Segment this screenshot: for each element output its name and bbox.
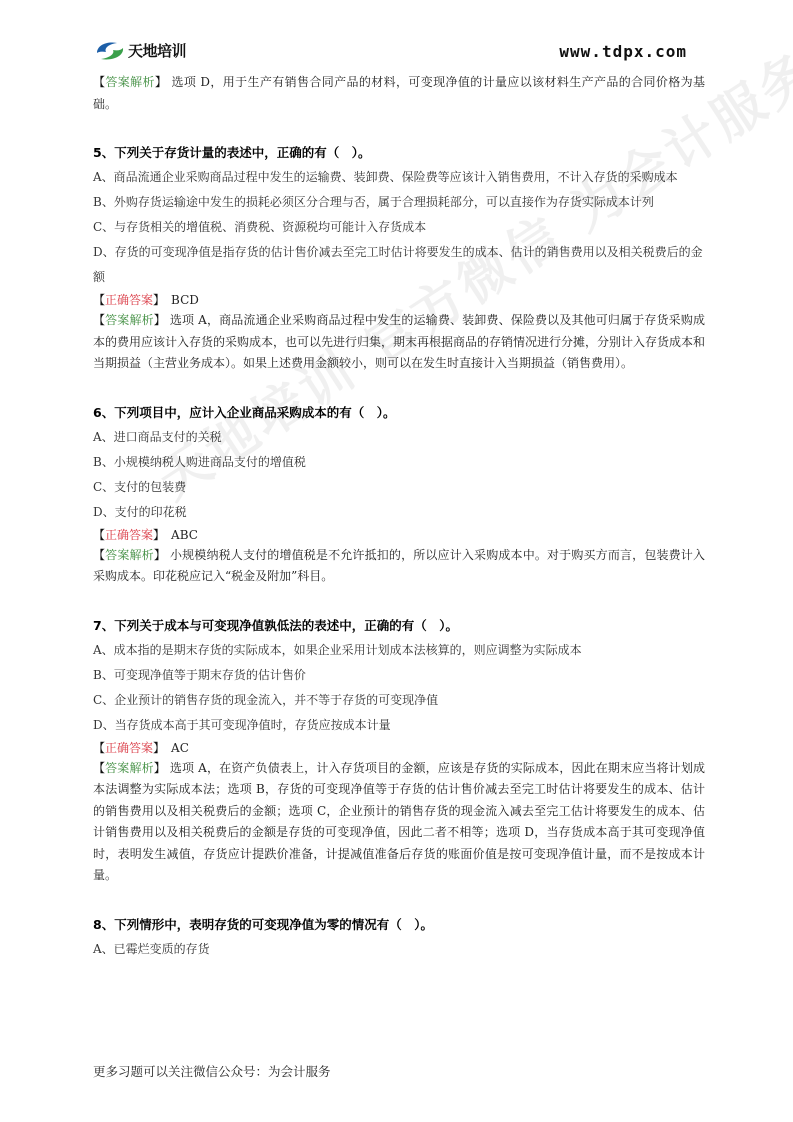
answer-value: AC: [171, 741, 189, 755]
option-d: D、存货的可变现净值是指存货的估计售价减去至完工时估计将要发生的成本、估计的销售…: [93, 240, 705, 290]
correct-answer: 【正确答案】AC: [93, 738, 705, 758]
document-page: 天地培训 官方微信 为会计服务 天地培训 www.tdpx.com 【答案解析】…: [0, 0, 793, 1122]
analysis-text: 小规模纳税人支付的增值税是不允许抵扣的，所以应计入采购成本中。对于购买方而言，包…: [93, 548, 705, 584]
answer-analysis: 【答案解析】 选项 A，在资产负债表上，计入存货项目的金额，应该是存货的实际成本…: [93, 758, 705, 887]
correct-answer: 【正确答案】BCD: [93, 290, 705, 310]
logo-swoosh-icon: [95, 41, 125, 61]
question-title: 8、下列情形中，表明存货的可变现净值为零的情况有（ ）。: [93, 913, 705, 937]
answer-analysis: 【答案解析】 小规模纳税人支付的增值税是不允许抵扣的，所以应计入采购成本中。对于…: [93, 545, 705, 588]
logo-text: 天地培训: [128, 40, 186, 61]
question-6: 6、下列项目中，应计入企业商品采购成本的有（ ）。 A、进口商品支付的关税 B、…: [93, 401, 705, 588]
option-c: C、与存货相关的增值税、消费税、资源税均可能计入存货成本: [93, 215, 705, 240]
analysis-text: 选项 A，商品流通企业采购商品过程中发生的运输费、装卸费、保险费以及其他可归属于…: [93, 313, 705, 370]
option-c: C、支付的包装费: [93, 475, 705, 500]
document-content: 【答案解析】 选项 D，用于生产有销售合同产品的材料，可变现净值的计量应以该材料…: [93, 72, 705, 962]
option-d: D、支付的印花税: [93, 500, 705, 525]
correct-answer-label: 正确答案: [105, 741, 153, 755]
option-d: D、当存货成本高于其可变现净值时，存货应按成本计量: [93, 713, 705, 738]
logo: 天地培训: [95, 40, 186, 61]
option-b: B、可变现净值等于期末存货的估计售价: [93, 663, 705, 688]
question-8: 8、下列情形中，表明存货的可变现净值为零的情况有（ ）。 A、已霉烂变质的存货: [93, 913, 705, 962]
analysis-label: 答案解析: [105, 313, 154, 327]
question-title: 7、下列关于成本与可变现净值孰低法的表述中，正确的有（ ）。: [93, 614, 705, 638]
option-c: C、企业预计的销售存货的现金流入，并不等于存货的可变现净值: [93, 688, 705, 713]
carryover-analysis: 【答案解析】 选项 D，用于生产有销售合同产品的材料，可变现净值的计量应以该材料…: [93, 72, 705, 115]
option-a: A、成本指的是期末存货的实际成本，如果企业采用计划成本法核算的，则应调整为实际成…: [93, 638, 705, 663]
option-a: A、已霉烂变质的存货: [93, 937, 705, 962]
option-a: A、商品流通企业采购商品过程中发生的运输费、装卸费、保险费等应该计入销售费用，不…: [93, 165, 705, 190]
correct-answer-label: 正确答案: [105, 293, 153, 307]
analysis-text: 选项 D，用于生产有销售合同产品的材料，可变现净值的计量应以该材料生产产品的合同…: [93, 75, 705, 111]
question-5: 5、下列关于存货计量的表述中，正确的有（ ）。 A、商品流通企业采购商品过程中发…: [93, 141, 705, 375]
analysis-label: 答案解析: [105, 548, 154, 562]
site-url: www.tdpx.com: [559, 42, 687, 61]
analysis-label: 答案解析: [105, 761, 154, 775]
question-7: 7、下列关于成本与可变现净值孰低法的表述中，正确的有（ ）。 A、成本指的是期末…: [93, 614, 705, 887]
page-footer: 更多习题可以关注微信公众号：为会计服务: [93, 1062, 331, 1080]
option-b: B、外购存货运输途中发生的损耗必须区分合理与否，属于合理损耗部分，可以直接作为存…: [93, 190, 705, 215]
correct-answer-label: 正确答案: [105, 528, 153, 542]
analysis-label: 答案解析: [105, 75, 155, 89]
answer-analysis: 【答案解析】 选项 A，商品流通企业采购商品过程中发生的运输费、装卸费、保险费以…: [93, 310, 705, 375]
option-a: A、进口商品支付的关税: [93, 425, 705, 450]
option-b: B、小规模纳税人购进商品支付的增值税: [93, 450, 705, 475]
answer-value: ABC: [171, 528, 198, 542]
page-header: 天地培训 www.tdpx.com: [95, 38, 695, 68]
question-title: 6、下列项目中，应计入企业商品采购成本的有（ ）。: [93, 401, 705, 425]
question-title: 5、下列关于存货计量的表述中，正确的有（ ）。: [93, 141, 705, 165]
correct-answer: 【正确答案】ABC: [93, 525, 705, 545]
answer-value: BCD: [171, 293, 199, 307]
analysis-text: 选项 A，在资产负债表上，计入存货项目的金额，应该是存货的实际成本，因此在期末应…: [93, 761, 705, 883]
